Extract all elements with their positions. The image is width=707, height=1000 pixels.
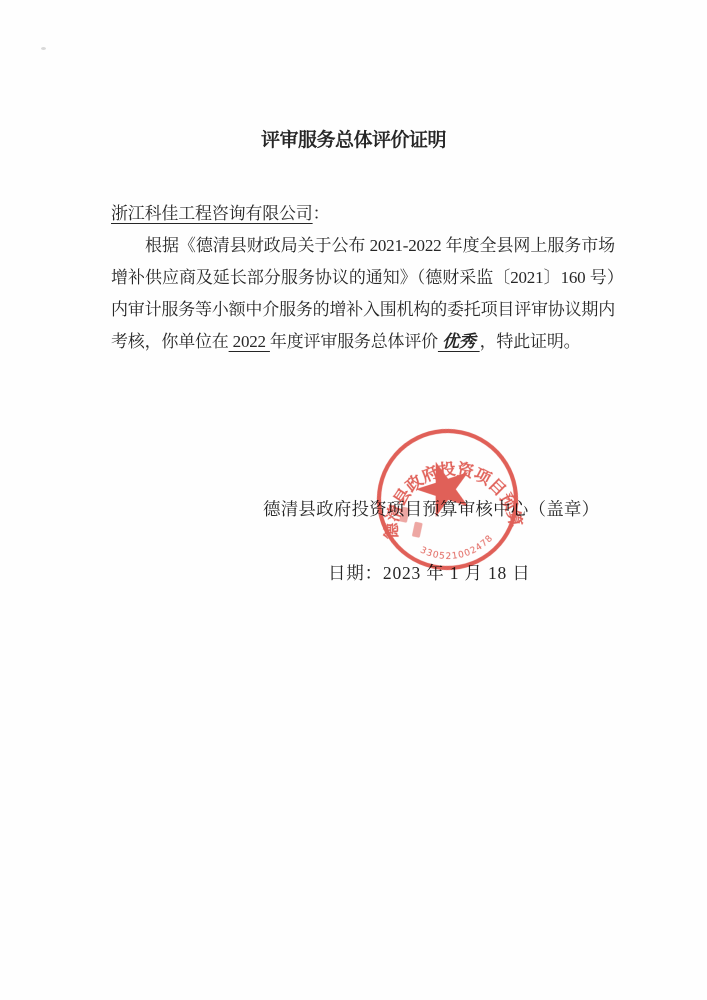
body-text-part2: 年度评审服务总体评价 <box>270 332 438 351</box>
issue-date: 日期：2023 年 1 月 18 日 <box>328 560 531 585</box>
seal-inner-mark <box>412 522 423 538</box>
addressee-line: 浙江科佳工程咨询有限公司： <box>111 198 615 230</box>
seal-ring-text: 德清县政府投资项目预算审核中心 <box>354 406 526 554</box>
issuer-signature: 德清县政府投资项目预算审核中心（盖章） <box>263 496 599 521</box>
page-title: 评审服务总体评价证明 <box>0 125 707 152</box>
scan-speckle <box>41 47 46 50</box>
addressee-company-name: 浙江科佳工程咨询有限公司 <box>111 204 313 223</box>
seal-code-curve: 3305210024788 <box>354 406 498 575</box>
document-body: 浙江科佳工程咨询有限公司： 根据《德清县财政局关于公布 2021-2022 年度… <box>111 198 615 358</box>
addressee-colon: ： <box>313 204 330 223</box>
seal-ring-text-curve: 德清县政府投资项目预算审核中心 <box>354 406 526 554</box>
evaluation-year: 2022 <box>229 332 270 351</box>
evaluation-grade: 优秀 <box>438 332 480 351</box>
seal-code: 3305210024788 <box>354 406 498 575</box>
certificate-page: 评审服务总体评价证明 浙江科佳工程咨询有限公司： 根据《德清县财政局关于公布 2… <box>0 0 707 1000</box>
body-text-part3: ，特此证明。 <box>480 332 581 351</box>
body-paragraph: 根据《德清县财政局关于公布 2021-2022 年度全县网上服务市场增补供应商及… <box>111 230 615 358</box>
